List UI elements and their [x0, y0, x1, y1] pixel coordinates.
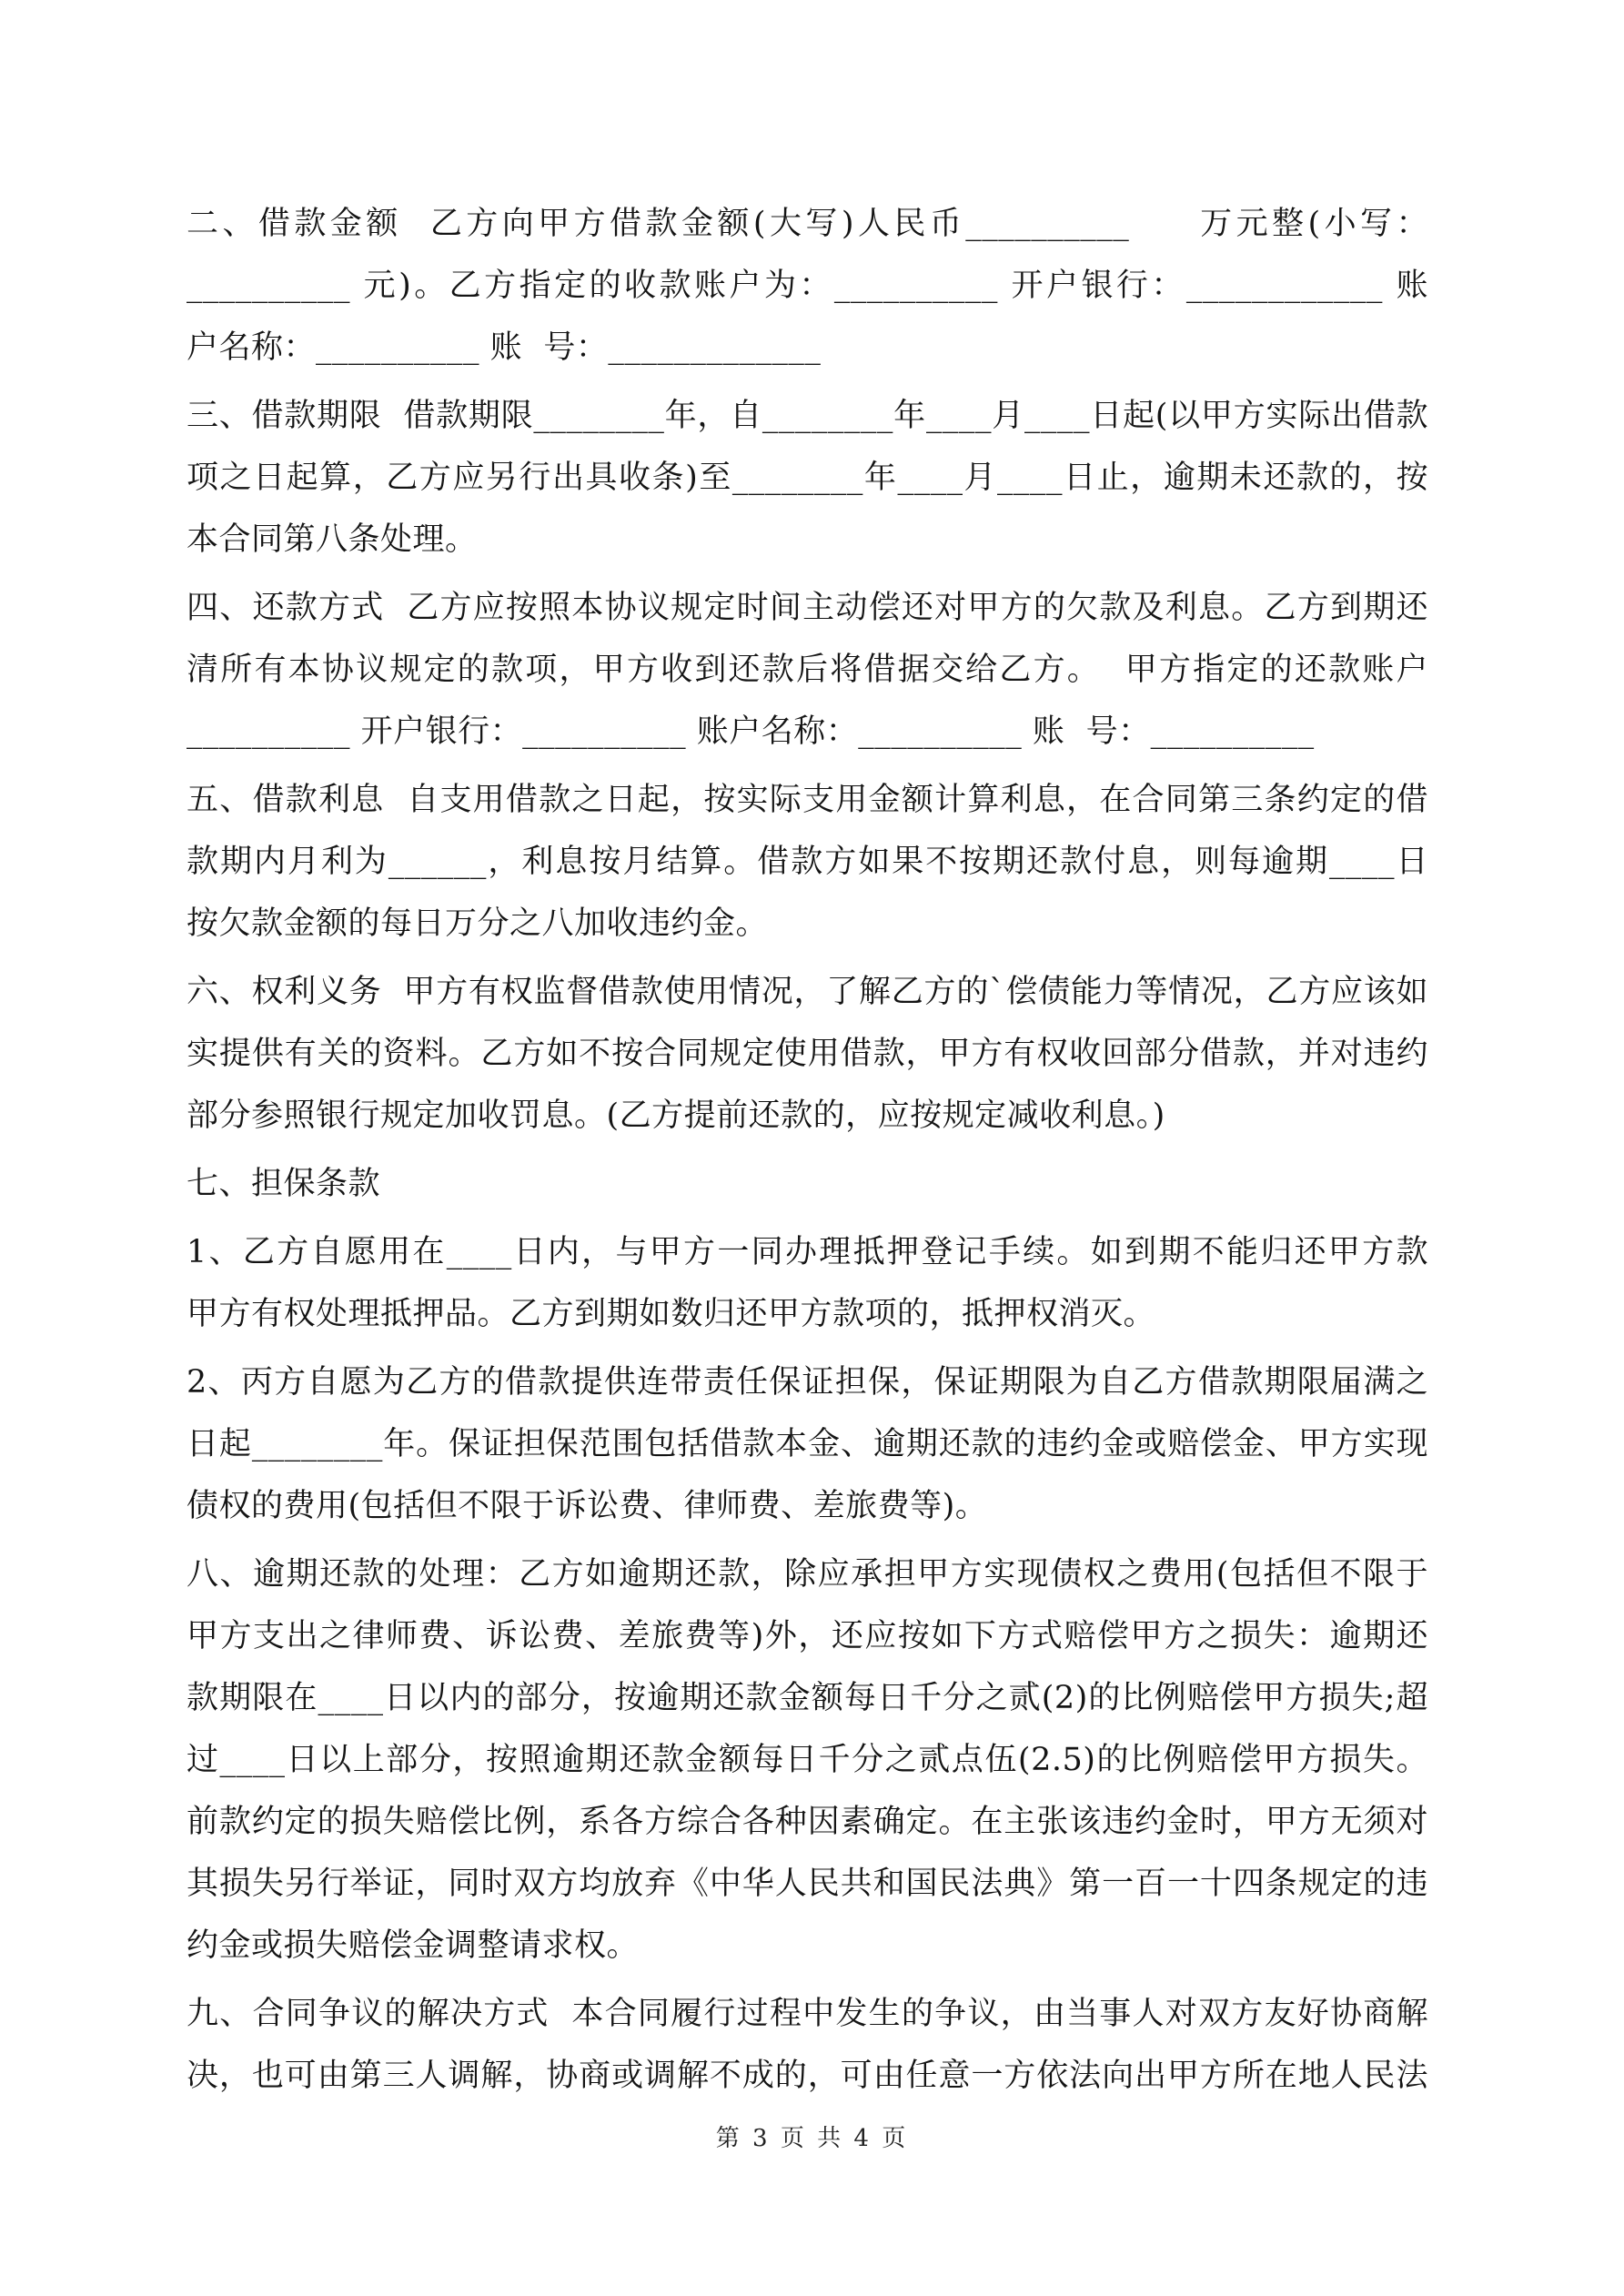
doc-line: 过____日以上部分，按照逾期还款金额每日千分之贰点伍(2.5)的比例赔偿甲方损… [187, 1729, 1428, 1791]
doc-line: 其损失另行举证，同时双方均放弃《中华人民共和国民法典》第一百一十四条规定的违 [187, 1853, 1428, 1915]
page-number-footer: 第 3 页 共 4 页 [0, 2120, 1624, 2157]
doc-line: 五、借款利息 自支用借款之日起，按实际支用金额计算利息，在合同第三条约定的借 [187, 769, 1428, 831]
doc-line: 三、借款期限 借款期限________年，自________年____月____… [187, 385, 1428, 447]
doc-line: 日起________年。保证担保范围包括借款本金、逾期还款的违约金或赔偿金、甲方… [187, 1413, 1428, 1475]
doc-line: 款期内月利为______，利息按月结算。借款方如果不按期还款付息，则每逾期___… [187, 831, 1428, 893]
doc-line: 实提供有关的资料。乙方如不按合同规定使用借款，甲方有权收回部分借款，并对违约 [187, 1023, 1428, 1085]
doc-line: 本合同第八条处理。 [187, 509, 1428, 571]
clause-3-loan-term: 三、借款期限 借款期限________年，自________年____月____… [187, 385, 1428, 571]
doc-line: 甲方有权处理抵押品。乙方到期如数归还甲方款项的，抵押权消灭。 [187, 1283, 1428, 1345]
doc-line: 按欠款金额的每日万分之八加收违约金。 [187, 893, 1428, 955]
doc-line: 部分参照银行规定加收罚息。(乙方提前还款的，应按规定减收利息。) [187, 1085, 1428, 1147]
doc-line: 二、借款金额 乙方向甲方借款金额(大写)人民币__________ 万元整(小写… [187, 193, 1428, 255]
doc-line: 项之日起算，乙方应另行出具收条)至________年____月____日止，逾期… [187, 447, 1428, 509]
doc-line: 八、逾期还款的处理：乙方如逾期还款，除应承担甲方实现债权之费用(包括但不限于 [187, 1543, 1428, 1605]
doc-line: 2、丙方自愿为乙方的借款提供连带责任保证担保，保证期限为自乙方借款期限届满之 [187, 1351, 1428, 1413]
doc-line: 款期限在____日以内的部分，按逾期还款金额每日千分之贰(2)的比例赔偿甲方损失… [187, 1667, 1428, 1729]
doc-line: 清所有本协议规定的款项，甲方收到还款后将借据交给乙方。 甲方指定的还款账户为： [187, 639, 1428, 701]
doc-line: 九、合同争议的解决方式 本合同履行过程中发生的争议，由当事人对双方友好协商解 [187, 1983, 1428, 2045]
clause-5-loan-interest: 五、借款利息 自支用借款之日起，按实际支用金额计算利息，在合同第三条约定的借 款… [187, 769, 1428, 955]
contract-page: 二、借款金额 乙方向甲方借款金额(大写)人民币__________ 万元整(小写… [0, 0, 1624, 2296]
doc-line: __________ 元)。乙方指定的收款账户为：__________ 开户银行… [187, 255, 1428, 317]
clause-7-guarantee-heading: 七、担保条款 [187, 1153, 1428, 1215]
doc-line: 决，也可由第三人调解，协商或调解不成的，可由任意一方依法向出甲方所在地人民法 [187, 2045, 1428, 2107]
doc-line: 债权的费用(包括但不限于诉讼费、律师费、差旅费等)。 [187, 1475, 1428, 1537]
clause-4-repayment-method: 四、还款方式 乙方应按照本协议规定时间主动偿还对甲方的欠款及利息。乙方到期还 清… [187, 577, 1428, 763]
doc-line: 六、权利义务 甲方有权监督借款使用情况，了解乙方的`偿债能力等情况，乙方应该如 [187, 961, 1428, 1023]
doc-line: 四、还款方式 乙方应按照本协议规定时间主动偿还对甲方的欠款及利息。乙方到期还 [187, 577, 1428, 639]
doc-line: __________ 开户银行：__________ 账户名称：________… [187, 701, 1428, 763]
doc-line: 七、担保条款 [187, 1153, 1428, 1215]
doc-line: 约金或损失赔偿金调整请求权。 [187, 1915, 1428, 1977]
doc-line: 户名称：__________ 账 号：_____________ [187, 317, 1428, 379]
clause-7-item-1: 1、乙方自愿用在____日内，与甲方一同办理抵押登记手续。如到期不能归还甲方款项… [187, 1221, 1428, 1345]
clause-8-overdue-handling: 八、逾期还款的处理：乙方如逾期还款，除应承担甲方实现债权之费用(包括但不限于 甲… [187, 1543, 1428, 1977]
clause-6-rights-obligations: 六、权利义务 甲方有权监督借款使用情况，了解乙方的`偿债能力等情况，乙方应该如 … [187, 961, 1428, 1147]
clause-7-item-2: 2、丙方自愿为乙方的借款提供连带责任保证担保，保证期限为自乙方借款期限届满之 日… [187, 1351, 1428, 1537]
doc-line: 1、乙方自愿用在____日内，与甲方一同办理抵押登记手续。如到期不能归还甲方款项… [187, 1221, 1428, 1283]
clause-2-loan-amount: 二、借款金额 乙方向甲方借款金额(大写)人民币__________ 万元整(小写… [187, 193, 1428, 379]
doc-line: 前款约定的损失赔偿比例，系各方综合各种因素确定。在主张该违约金时，甲方无须对 [187, 1791, 1428, 1853]
clause-9-dispute-resolution: 九、合同争议的解决方式 本合同履行过程中发生的争议，由当事人对双方友好协商解 决… [187, 1983, 1428, 2107]
doc-line: 甲方支出之律师费、诉讼费、差旅费等)外，还应按如下方式赔偿甲方之损失：逾期还 [187, 1605, 1428, 1667]
contract-body: 二、借款金额 乙方向甲方借款金额(大写)人民币__________ 万元整(小写… [187, 193, 1428, 2113]
